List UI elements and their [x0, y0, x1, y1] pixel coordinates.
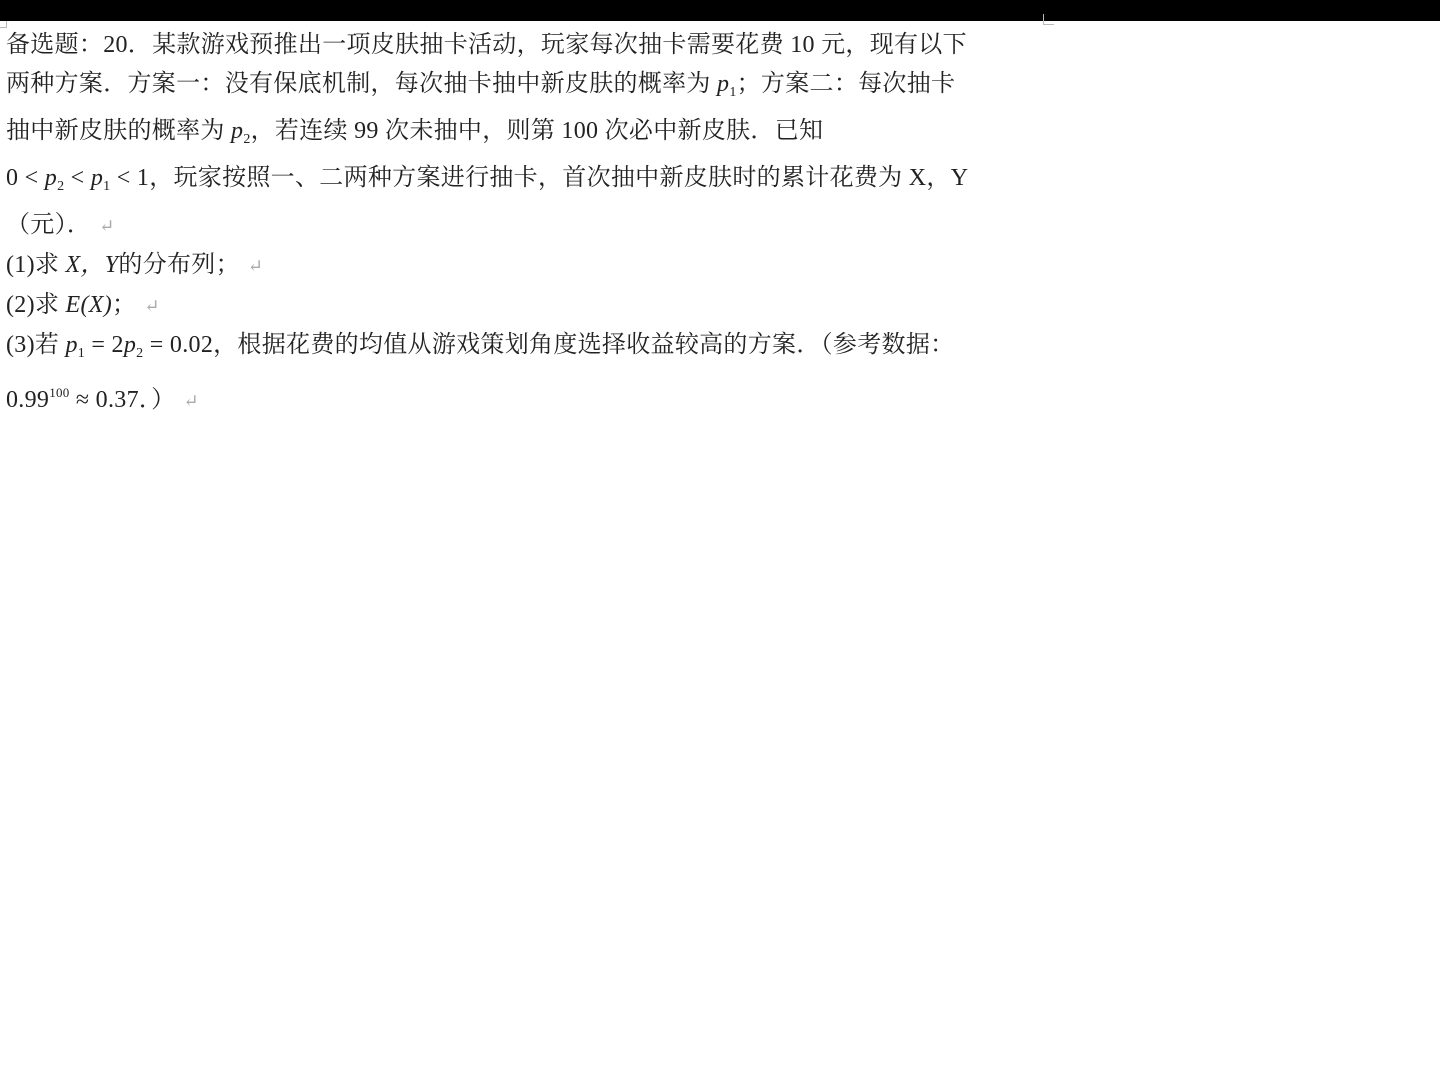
text: ；方案二：每次抽卡 [737, 71, 956, 97]
text: 的分布列； [118, 252, 240, 278]
question-3: (3)若 p1 = 2p2 = 0.02，根据花费的均值从游戏策划角度选择收益较… [6, 326, 1051, 373]
math: < 1 [110, 165, 149, 191]
math: X，Y [65, 252, 118, 278]
problem-line-2: 两种方案．方案一：没有保底机制，每次抽卡抽中新皮肤的概率为 p1；方案二：每次抽… [6, 65, 1051, 112]
problem-document: 备选题：20．某款游戏预推出一项皮肤抽卡活动，玩家每次抽卡需要花费 10 元，现… [6, 26, 1051, 421]
question-2: (2)求 E(X)；↵ [6, 286, 1051, 326]
text: ，若连续 99 次未抽中，则第 100 次必中新皮肤．已知 [251, 118, 824, 144]
math-p: p [91, 165, 103, 191]
math-p: p [124, 332, 136, 358]
problem-line-1: 备选题：20．某款游戏预推出一项皮肤抽卡活动，玩家每次抽卡需要花费 10 元，现… [6, 26, 1051, 65]
problem-line-3: 抽中新皮肤的概率为 p2，若连续 99 次未抽中，则第 100 次必中新皮肤．已… [6, 112, 1051, 159]
math: E(X) [65, 292, 112, 318]
math-p: p [65, 332, 77, 358]
page-corner-mark [1043, 14, 1054, 25]
subscript: 2 [243, 132, 250, 147]
math: = 0.02 [143, 332, 213, 358]
paragraph-mark-icon: ↵ [183, 391, 198, 411]
text: ，根据花费的均值从游戏策划角度选择收益较高的方案．（参考数据： [213, 332, 954, 358]
paragraph-mark-icon: ↵ [144, 296, 159, 316]
math: 0 < [6, 165, 45, 191]
problem-line-4: 0 < p2 < p1 < 1，玩家按照一、二两种方案进行抽卡，首次抽中新皮肤时… [6, 159, 1051, 206]
paragraph-mark-icon: ↵ [248, 256, 263, 276]
subscript: 1 [78, 346, 85, 361]
reference-data: 0.99100 ≈ 0.37．）↵ [6, 373, 1051, 421]
math: ≈ 0.37．） [70, 387, 176, 413]
text: 抽中新皮肤的概率为 [6, 118, 231, 144]
subscript: 1 [729, 85, 736, 100]
text: 两种方案．方案一：没有保底机制，每次抽卡抽中新皮肤的概率为 [6, 71, 717, 97]
math-p: p [231, 118, 243, 144]
text: (1)求 [6, 252, 65, 278]
math-p: p [45, 165, 57, 191]
paragraph-mark-icon: ↵ [99, 216, 114, 236]
math: = 2 [85, 332, 124, 358]
math: 0.99 [6, 387, 49, 413]
text: (3)若 [6, 332, 65, 358]
question-1: (1)求 X，Y的分布列；↵ [6, 246, 1051, 286]
problem-line-5: （元）．↵ [6, 206, 1051, 246]
superscript: 100 [49, 385, 69, 400]
math-p: p [717, 71, 729, 97]
text: （元）． [6, 212, 91, 238]
math: < [64, 165, 90, 191]
text: ； [112, 292, 136, 318]
text: 备选题：20．某款游戏预推出一项皮肤抽卡活动，玩家每次抽卡需要花费 10 元，现… [6, 32, 967, 58]
text: ，玩家按照一、二两种方案进行抽卡，首次抽中新皮肤时的累计花费为 X，Y [149, 165, 968, 191]
text: (2)求 [6, 292, 65, 318]
top-black-bar [0, 0, 1440, 21]
